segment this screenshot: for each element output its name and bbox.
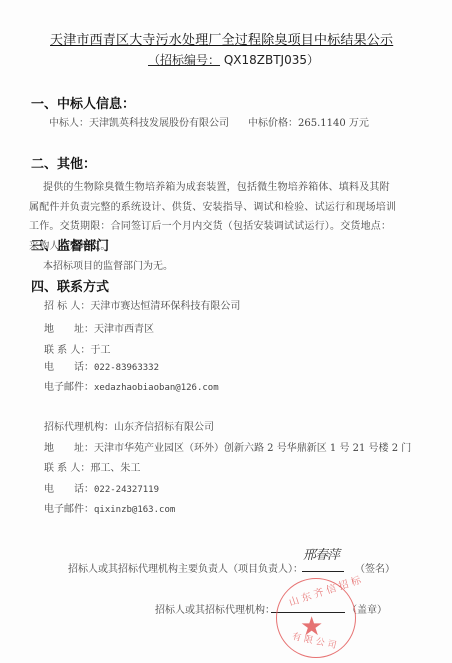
agency-contact-row: 联 系 人：邢工、朱工 [44, 459, 140, 474]
agency-seal-label: 招标人或其招标代理机构： [155, 601, 275, 616]
tenderer-phone-value: 022-83963332 [94, 363, 159, 373]
tenderer-name-label: 招 标 人： [44, 301, 90, 312]
tenderer-contact-value: 于工 [90, 345, 110, 356]
tenderer-name-row: 招 标 人：天津市赛达恒清环保科技有限公司 [44, 297, 240, 312]
tenderer-address-label: 地 址： [44, 324, 94, 335]
agency-contact-label: 联 系 人： [44, 463, 90, 474]
handwritten-signature: 邢春萍 [303, 544, 339, 563]
agency-name-label: 招标代理机构： [44, 422, 114, 433]
section-winner-heading: 一、中标人信息： [31, 93, 135, 112]
tenderer-email-row: 电子邮件：xedazhaobiaoban@126.com [44, 378, 219, 393]
price-value: 265.1140 万元 [298, 118, 369, 129]
bid-number-label: （招标编号： [148, 53, 220, 67]
agency-phone-value: 022-24327119 [94, 485, 159, 495]
agency-email-row: 电子邮件：qixinzb@163.com [44, 500, 175, 515]
supervision-text: 本招标项目的监督部门为无。 [43, 257, 173, 272]
tenderer-email-label: 电子邮件： [44, 382, 94, 393]
agency-address-row: 地 址：天津市华苑产业园区（环外）创新六路 2 号华鼎新区 1 号 21 号楼 … [44, 439, 411, 454]
winner-label: 中标人： [49, 118, 89, 129]
signature-line [302, 571, 344, 572]
section-supervision-heading: 三、监督部门 [31, 235, 109, 254]
agency-address-value: 天津市华苑产业园区（环外）创新六路 2 号华鼎新区 1 号 21 号楼 2 门 [94, 443, 411, 454]
price-row: 中标价格：265.1140 万元 [248, 114, 369, 129]
agency-address-label: 地 址： [44, 443, 94, 454]
tenderer-address-row: 地 址：天津市西青区 [44, 320, 154, 335]
agency-phone-label: 电 话： [44, 484, 94, 495]
tenderer-contact-row: 联 系 人：于工 [44, 341, 110, 356]
tenderer-email-value[interactable]: xedazhaobiaoban@126.com [94, 383, 219, 393]
agency-name-row: 招标代理机构：山东齐信招标有限公司 [44, 418, 214, 433]
winner-row: 中标人：天津凯英科技发展股份有限公司 [49, 114, 229, 129]
agency-name-value: 山东齐信招标有限公司 [114, 422, 214, 433]
tenderer-phone-row: 电 话：022-83963332 [44, 358, 159, 373]
bid-number: （招标编号： QX18ZBTJ035） [148, 51, 319, 68]
agency-email-label: 电子邮件： [44, 504, 94, 515]
agency-email-value[interactable]: qixinzb@163.com [94, 505, 175, 515]
responsible-person-label: 招标人或其招标代理机构主要负责人（项目负责人）： [68, 560, 303, 575]
document-title: 天津市西青区大寺污水处理厂全过程除臭项目中标结果公示 [50, 29, 393, 48]
tenderer-phone-label: 电 话： [44, 362, 94, 373]
price-label: 中标价格： [248, 118, 298, 129]
bid-number-value: QX18ZBTJ035） [220, 53, 319, 67]
section-contact-heading: 四、联系方式 [31, 276, 109, 295]
tenderer-name-value: 天津市赛达恒清环保科技有限公司 [90, 301, 240, 312]
agency-phone-row: 电 话：022-24327119 [44, 480, 159, 495]
agency-contact-value: 邢工、朱工 [90, 463, 140, 474]
tenderer-contact-label: 联 系 人： [44, 345, 90, 356]
tenderer-address-value: 天津市西青区 [94, 324, 154, 335]
winner-value: 天津凯英科技发展股份有限公司 [89, 118, 229, 129]
section-other-heading: 二、其他： [31, 153, 96, 172]
